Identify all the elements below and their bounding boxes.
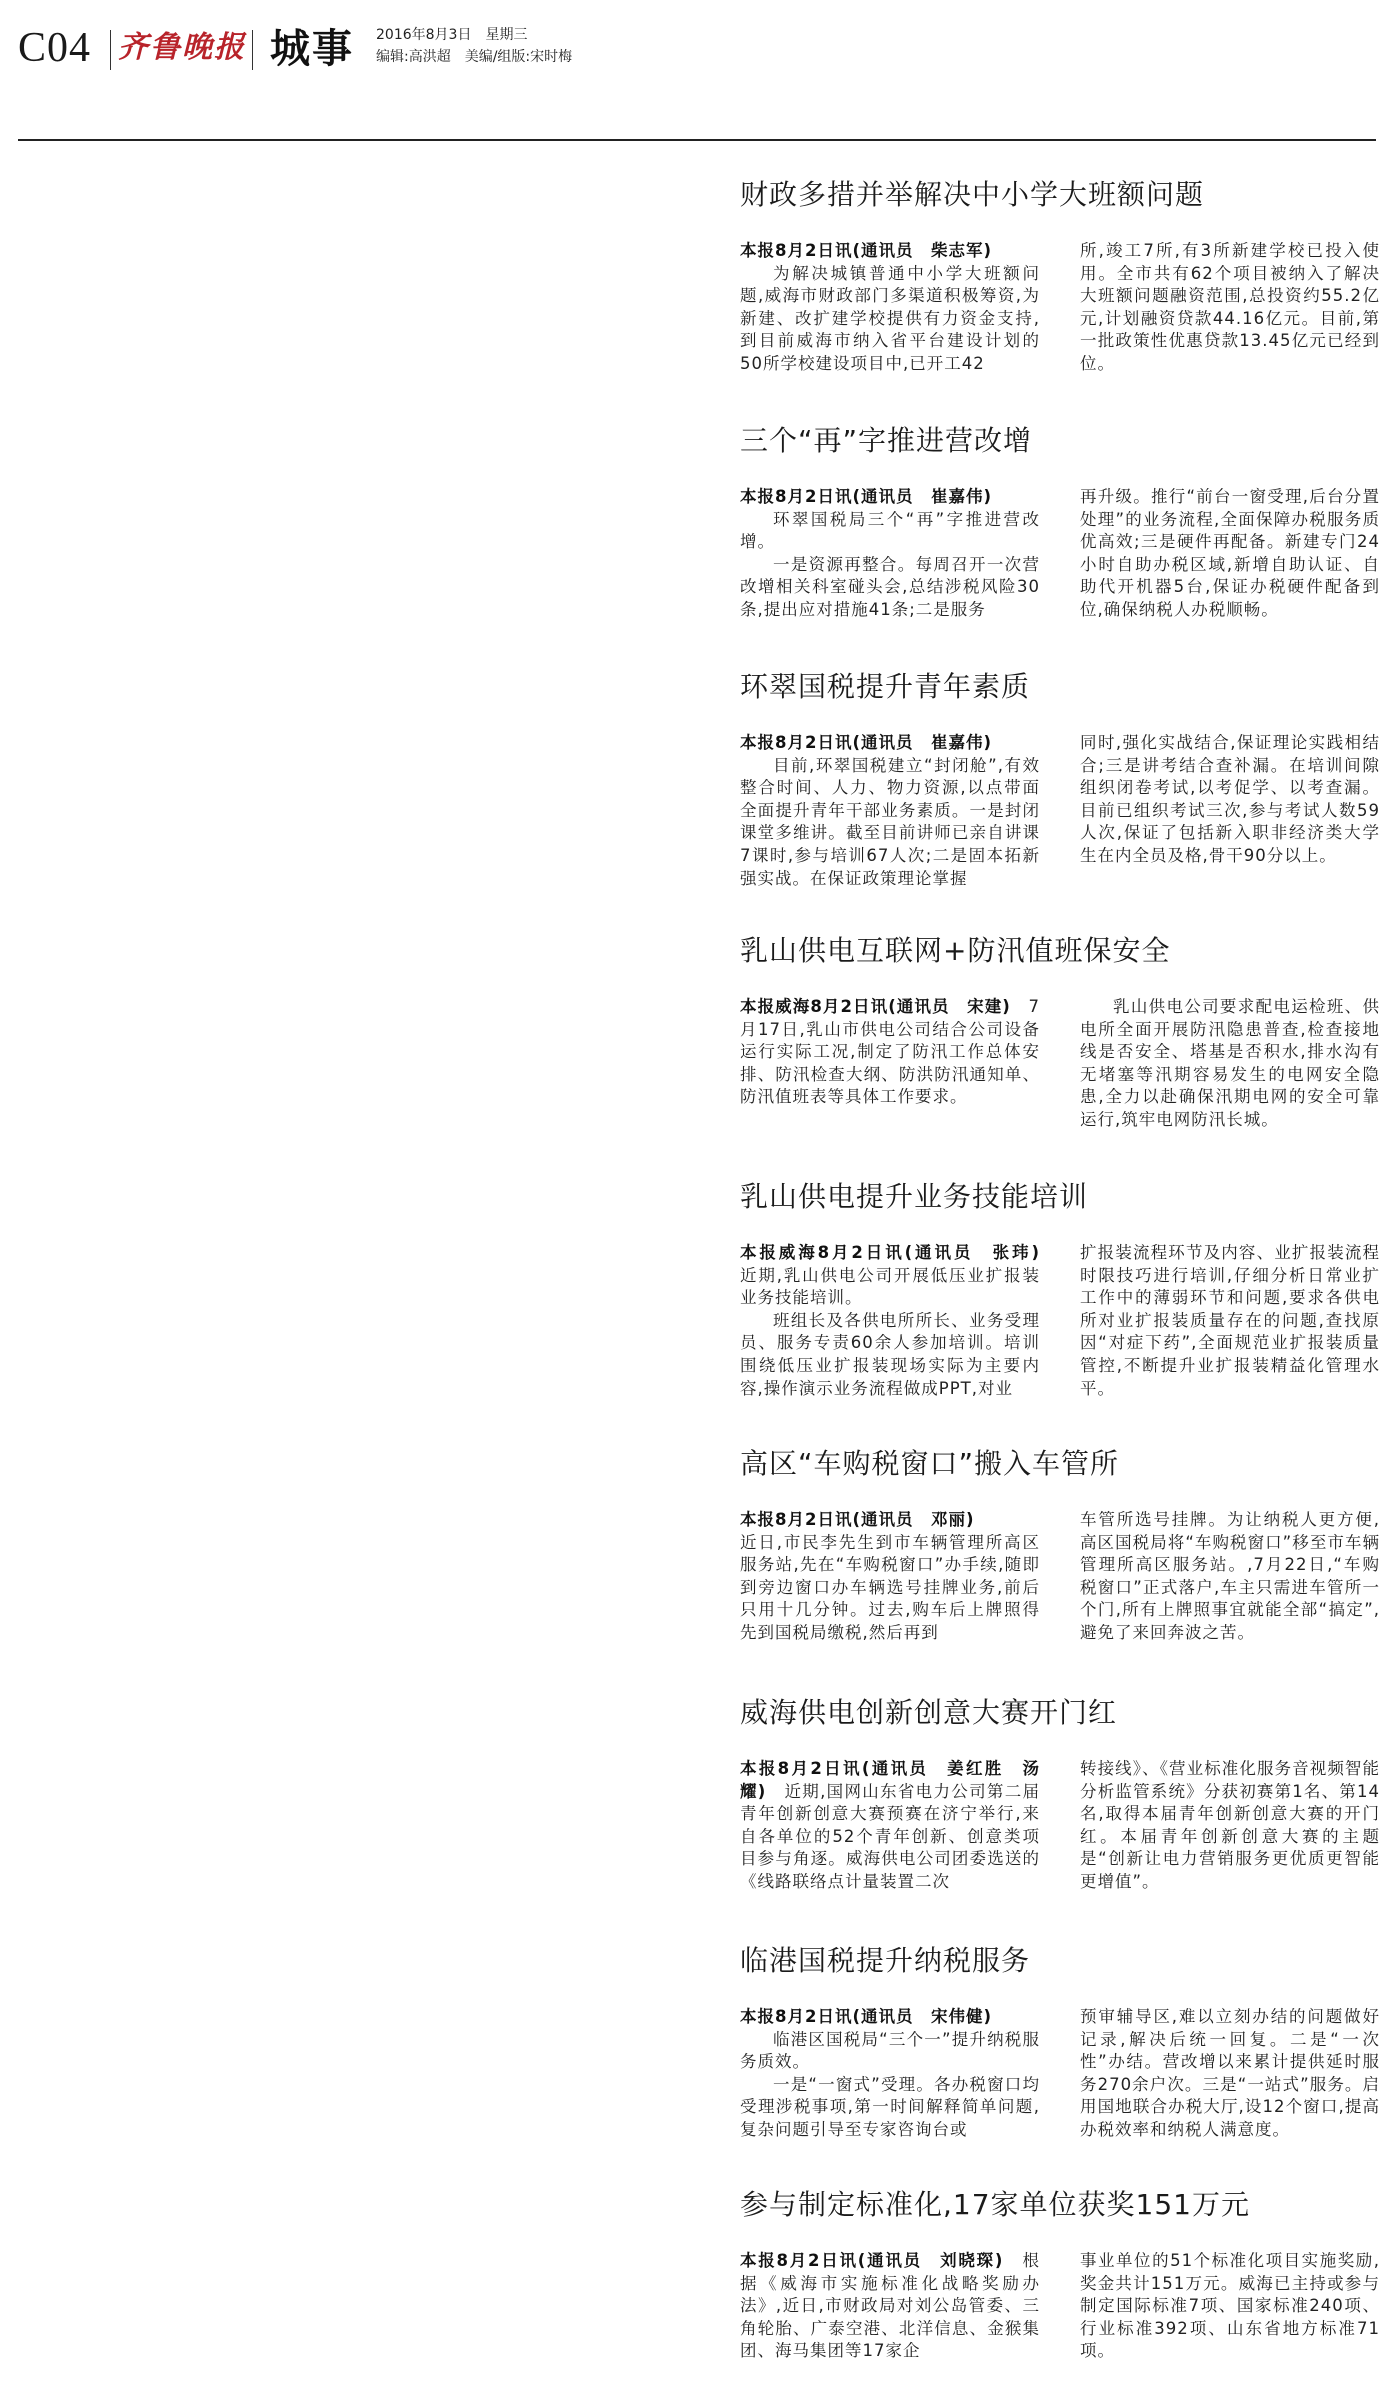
column-2: 乳山供电公司要求配电运检班、供电所全面开展防汛隐患普查,检查接地线是否安全、塔基… (1080, 996, 1380, 1132)
paragraph: 近期,乳山供电公司开展低压业扩报装业务技能培训。 (740, 1266, 1040, 1308)
divider (252, 30, 253, 70)
paragraph: 临港区国税局“三个一”提升纳税服务质效。 (740, 2029, 1040, 2074)
dateline: 本报威海8月2日讯(通讯员 张玮) (740, 1243, 1040, 1262)
article-vat-reform: 三个“再”字推进营改增 本报8月2日讯(通讯员 崔嘉伟) 环翠国税局三个“再”字… (740, 424, 1380, 622)
headline: 环翠国税提升青年素质 (740, 670, 1380, 704)
paragraph: 乳山供电公司要求配电运检班、供电所全面开展防汛隐患普查,检查接地线是否安全、塔基… (1080, 996, 1380, 1132)
dateline: 本报威海8月2日讯(通讯员 宋建) (740, 997, 1011, 1016)
column-1: 本报威海8月2日讯(通讯员 张玮) 近期,乳山供电公司开展低压业扩报装业务技能培… (740, 1242, 1040, 1400)
section-title: 城事 (270, 24, 354, 74)
paragraph: 为解决城镇普通中小学大班额问题,威海市财政部门多渠道积极筹资,为新建、改扩建学校… (740, 263, 1040, 376)
column-1: 本报8月2日讯(通讯员 崔嘉伟) 目前,环翠国税建立“封闭舱”,有效整合时间、人… (740, 732, 1040, 890)
column-1: 本报8月2日讯(通讯员 柴志军) 为解决城镇普通中小学大班额问题,威海市财政部门… (740, 240, 1040, 376)
column-1: 本报8月2日讯(通讯员 姜红胜 汤耀) 近期,国网山东省电力公司第二届青年创新创… (740, 1758, 1040, 1894)
article-vehicle-tax-window: 高区“车购税窗口”搬入车管所 本报8月2日讯(通讯员 邓丽) 近日,市民李先生到… (740, 1447, 1380, 1645)
article-standardization-award: 参与制定标准化,17家单位获奖151万元 本报8月2日讯(通讯员 刘晓琛) 根据… (740, 2188, 1380, 2363)
paragraph: 所,竣工7所,有3所新建学校已投入使用。全市共有62个项目被纳入了解决大班额问题… (1080, 240, 1380, 376)
column-2: 转接线》、《营业标准化服务音视频智能分析监管系统》分获初赛第1名、第14名,取得… (1080, 1758, 1380, 1894)
column-1: 本报威海8月2日讯(通讯员 宋建) 7月17日,乳山市供电公司结合公司设备运行实… (740, 996, 1040, 1132)
paragraph: 预审辅导区,难以立刻办结的问题做好记录,解决后统一回复。二是“一次性”办结。营改… (1080, 2006, 1380, 2142)
paragraph: 近日,市民李先生到市车辆管理所高区服务站,先在“车购税窗口”办手续,随即到旁边窗… (740, 1532, 1040, 1645)
paragraph: 近期,国网山东省电力公司第二届青年创新创意大赛预赛在济宁举行,来自各单位的52个… (740, 1782, 1040, 1891)
headline: 三个“再”字推进营改增 (740, 424, 1380, 458)
dateline: 本报8月2日讯(通讯员 宋伟健) (740, 2007, 992, 2026)
dateline: 本报8月2日讯(通讯员 邓丽) (740, 1510, 975, 1529)
header-rule (18, 139, 1376, 141)
column-2: 同时,强化实战结合,保证理论实践相结合;三是讲考结合查补漏。在培训间隙组织闭卷考… (1080, 732, 1380, 890)
divider (110, 30, 111, 70)
paragraph: 一是“一窗式”受理。各办税窗口均受理涉税事项,第一时间解释简单问题,复杂问题引导… (740, 2074, 1040, 2142)
article-flood-control: 乳山供电互联网+防汛值班保安全 本报威海8月2日讯(通讯员 宋建) 7月17日,… (740, 934, 1380, 1132)
dateline: 本报8月2日讯(通讯员 刘晓琛) (740, 2251, 1003, 2270)
dateline: 本报8月2日讯(通讯员 柴志军) (740, 241, 992, 260)
paragraph: 扩报装流程环节及内容、业扩报装流程时限技巧进行培训,仔细分析日常业扩工作中的薄弱… (1080, 1242, 1380, 1400)
article-youth-quality: 环翠国税提升青年素质 本报8月2日讯(通讯员 崔嘉伟) 目前,环翠国税建立“封闭… (740, 670, 1380, 890)
headline: 参与制定标准化,17家单位获奖151万元 (740, 2188, 1380, 2222)
paragraph: 再升级。推行“前台一窗受理,后台分置处理”的业务流程,全面保障办税服务质优高效;… (1080, 486, 1380, 622)
article-finance-class-size: 财政多措并举解决中小学大班额问题 本报8月2日讯(通讯员 柴志军) 为解决城镇普… (740, 178, 1380, 376)
column-2: 车管所选号挂牌。为让纳税人更方便,高区国税局将“车购税窗口”移至市车辆管理所高区… (1080, 1509, 1380, 1645)
article-skills-training: 乳山供电提升业务技能培训 本报威海8月2日讯(通讯员 张玮) 近期,乳山供电公司… (740, 1180, 1380, 1400)
dateline: 本报8月2日讯(通讯员 崔嘉伟) (740, 487, 992, 506)
headline: 高区“车购税窗口”搬入车管所 (740, 1447, 1380, 1481)
column-2: 再升级。推行“前台一窗受理,后台分置处理”的业务流程,全面保障办税服务质优高效;… (1080, 486, 1380, 622)
paragraph: 班组长及各供电所所长、业务受理员、服务专责60余人参加培训。培训围绕低压业扩报装… (740, 1310, 1040, 1400)
column-1: 本报8月2日讯(通讯员 宋伟健) 临港区国税局“三个一”提升纳税服务质效。 一是… (740, 2006, 1040, 2142)
paragraph: 同时,强化实战结合,保证理论实践相结合;三是讲考结合查补漏。在培训间隙组织闭卷考… (1080, 732, 1380, 868)
editor-credits: 编辑:高洪超 美编/组版:宋时梅 (376, 48, 572, 66)
article-innovation-contest: 威海供电创新创意大赛开门红 本报8月2日讯(通讯员 姜红胜 汤耀) 近期,国网山… (740, 1696, 1380, 1894)
column-1: 本报8月2日讯(通讯员 崔嘉伟) 环翠国税局三个“再”字推进营改增。 一是资源再… (740, 486, 1040, 622)
paragraph: 事业单位的51个标准化项目实施奖励,奖金共计151万元。威海已主持或参与制定国际… (1080, 2250, 1380, 2363)
column-1: 本报8月2日讯(通讯员 邓丽) 近日,市民李先生到市车辆管理所高区服务站,先在“… (740, 1509, 1040, 1645)
issue-date: 2016年8月3日 星期三 (376, 26, 527, 44)
paragraph: 环翠国税局三个“再”字推进营改增。 (740, 509, 1040, 554)
headline: 乳山供电互联网+防汛值班保安全 (740, 934, 1380, 968)
paragraph: 一是资源再整合。每周召开一次营改增相关科室碰头会,总结涉税风险30条,提出应对措… (740, 554, 1040, 622)
headline: 财政多措并举解决中小学大班额问题 (740, 178, 1380, 212)
headline: 乳山供电提升业务技能培训 (740, 1180, 1380, 1214)
paragraph: 车管所选号挂牌。为让纳税人更方便,高区国税局将“车购税窗口”移至市车辆管理所高区… (1080, 1509, 1380, 1645)
headline: 临港国税提升纳税服务 (740, 1944, 1380, 1978)
page-number: C04 (18, 24, 91, 72)
column-2: 事业单位的51个标准化项目实施奖励,奖金共计151万元。威海已主持或参与制定国际… (1080, 2250, 1380, 2363)
paragraph: 转接线》、《营业标准化服务音视频智能分析监管系统》分获初赛第1名、第14名,取得… (1080, 1758, 1380, 1894)
column-2: 预审辅导区,难以立刻办结的问题做好记录,解决后统一回复。二是“一次性”办结。营改… (1080, 2006, 1380, 2142)
article-tax-service: 临港国税提升纳税服务 本报8月2日讯(通讯员 宋伟健) 临港区国税局“三个一”提… (740, 1944, 1380, 2142)
column-2: 所,竣工7所,有3所新建学校已投入使用。全市共有62个项目被纳入了解决大班额问题… (1080, 240, 1380, 376)
column-1: 本报8月2日讯(通讯员 刘晓琛) 根据《威海市实施标准化战略奖励办法》,近日,市… (740, 2250, 1040, 2363)
newspaper-logo: 齐鲁晚报 (118, 28, 246, 68)
column-2: 扩报装流程环节及内容、业扩报装流程时限技巧进行培训,仔细分析日常业扩工作中的薄弱… (1080, 1242, 1380, 1400)
headline: 威海供电创新创意大赛开门红 (740, 1696, 1380, 1730)
dateline: 本报8月2日讯(通讯员 崔嘉伟) (740, 733, 992, 752)
masthead: C04 齐鲁晚报 城事 2016年8月3日 星期三 编辑:高洪超 美编/组版:宋… (0, 20, 1395, 80)
paragraph: 目前,环翠国税建立“封闭舱”,有效整合时间、人力、物力资源,以点带面全面提升青年… (740, 755, 1040, 891)
